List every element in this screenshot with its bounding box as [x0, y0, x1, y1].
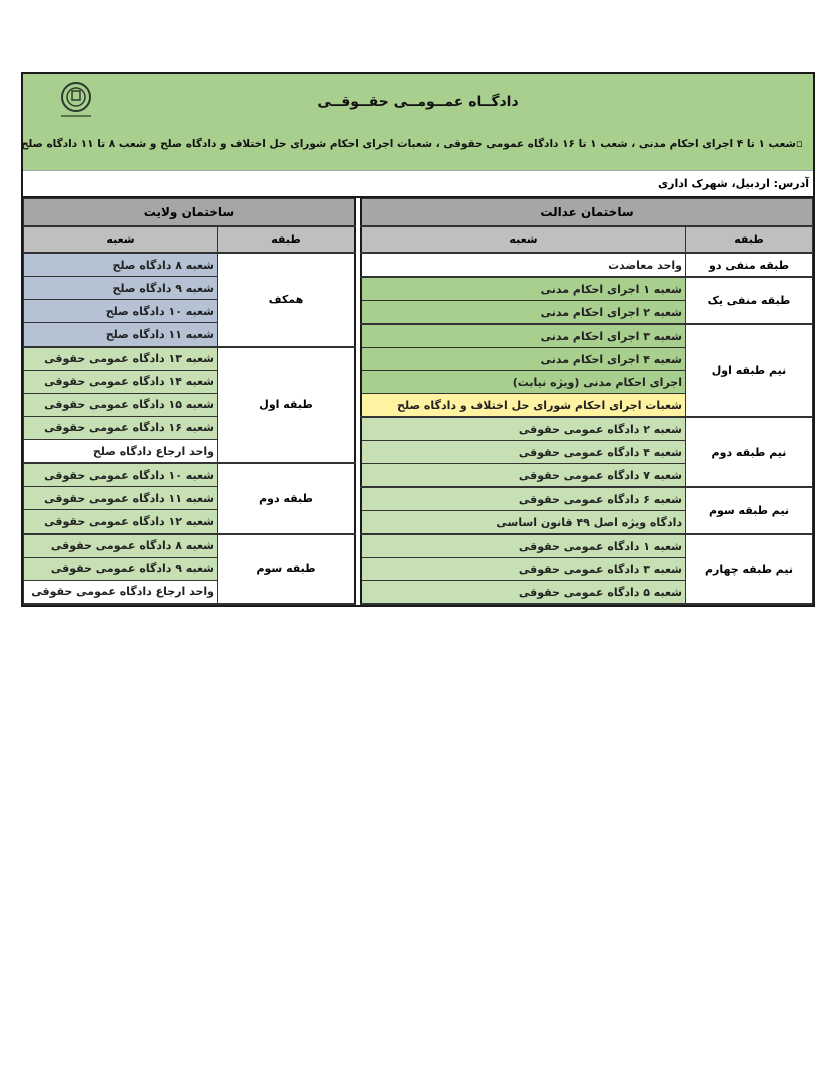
floor-cell: نیم طبقه سوم [686, 487, 813, 534]
branch-cell: شعبه ۲ اجرای احکام مدنی [361, 301, 686, 325]
floor-cell: همکف [218, 253, 356, 347]
court-directory-sheet: دادگــاه عمــومــی حقــوقــی ▫شعب ۱ تا ۴… [21, 72, 815, 607]
table-row: نیم طبقه اولشعبه ۳ اجرای احکام مدنی [361, 324, 813, 348]
branch-cell: واحد ارجاع دادگاه صلح [24, 440, 218, 464]
branch-cell: شعبه ۱۶ دادگاه عمومی حقوقی [24, 416, 218, 439]
table-row: همکفشعبه ۸ دادگاه صلح [24, 253, 356, 277]
page-subtitle: ▫شعب ۱ تا ۴ اجرای احکام مدنی ، شعب ۱ تا … [21, 138, 803, 150]
floor-cell: طبقه سوم [218, 534, 356, 605]
header-banner: دادگــاه عمــومــی حقــوقــی ▫شعب ۱ تا ۴… [23, 74, 813, 171]
branch-cell: شعبه ۱۲ دادگاه عمومی حقوقی [24, 510, 218, 534]
branch-cell: شعبه ۲ دادگاه عمومی حقوقی [361, 417, 686, 441]
floor-cell: طبقه منفی یک [686, 277, 813, 324]
column-header-floor: طبقه [686, 226, 813, 253]
building-tables: ساختمان عدالت طبقه شعبه طبقه منفی دوواحد… [23, 198, 813, 605]
column-header-branch: شعبه [361, 226, 686, 253]
page-title: دادگــاه عمــومــی حقــوقــی [23, 94, 813, 110]
branch-cell: شعبه ۱۱ دادگاه عمومی حقوقی [24, 487, 218, 510]
branch-cell: شعبه ۹ دادگاه عمومی حقوقی [24, 557, 218, 580]
branch-cell: شعبه ۱۰ دادگاه عمومی حقوقی [24, 463, 218, 487]
table-row: نیم طبقه چهارمشعبه ۱ دادگاه عمومی حقوقی [361, 534, 813, 558]
branch-cell: شعبه ۸ دادگاه عمومی حقوقی [24, 534, 218, 558]
floor-cell: نیم طبقه اول [686, 324, 813, 417]
branch-cell: شعبات اجرای احکام شورای حل اختلاف و دادگ… [361, 394, 686, 418]
table-row: طبقه اولشعبه ۱۳ دادگاه عمومی حقوقی [24, 347, 356, 371]
building-title: ساختمان عدالت [361, 199, 813, 227]
branch-cell: شعبه ۱۱ دادگاه صلح [24, 323, 218, 347]
branch-cell: شعبه ۳ اجرای احکام مدنی [361, 324, 686, 348]
table-row: نیم طبقه دومشعبه ۲ دادگاه عمومی حقوقی [361, 417, 813, 441]
building-title: ساختمان ولایت [24, 199, 356, 227]
branch-cell: شعبه ۳ دادگاه عمومی حقوقی [361, 558, 686, 581]
branch-cell: شعبه ۷ دادگاه عمومی حقوقی [361, 464, 686, 488]
table-row: طبقه منفی یکشعبه ۱ اجرای احکام مدنی [361, 277, 813, 301]
floor-cell: طبقه اول [218, 347, 356, 464]
branch-cell: شعبه ۱ دادگاه عمومی حقوقی [361, 534, 686, 558]
branch-cell: شعبه ۱ اجرای احکام مدنی [361, 277, 686, 301]
branch-cell: واحد ارجاع دادگاه عمومی حقوقی [24, 580, 218, 604]
floor-cell: نیم طبقه دوم [686, 417, 813, 487]
branch-cell: شعبه ۶ دادگاه عمومی حقوقی [361, 487, 686, 511]
branch-cell: شعبه ۱۳ دادگاه عمومی حقوقی [24, 347, 218, 371]
branch-cell: شعبه ۱۴ دادگاه عمومی حقوقی [24, 370, 218, 393]
branch-cell: شعبه ۹ دادگاه صلح [24, 277, 218, 300]
branch-cell: شعبه ۸ دادگاه صلح [24, 253, 218, 277]
column-header-branch: شعبه [24, 226, 218, 253]
branch-cell: شعبه ۴ دادگاه عمومی حقوقی [361, 441, 686, 464]
floor-cell: طبقه منفی دو [686, 253, 813, 277]
branch-cell: شعبه ۴ اجرای احکام مدنی [361, 348, 686, 371]
table-edalat-building: ساختمان عدالت طبقه شعبه طبقه منفی دوواحد… [360, 198, 813, 605]
table-row: نیم طبقه سومشعبه ۶ دادگاه عمومی حقوقی [361, 487, 813, 511]
branch-cell: اجرای احکام مدنی (ویژه نیابت) [361, 371, 686, 394]
table-body: طبقه منفی دوواحد معاضدتطبقه منفی یکشعبه … [361, 253, 813, 604]
branch-cell: شعبه ۱۰ دادگاه صلح [24, 300, 218, 323]
address-line: آدرس: اردبیل، شهرک اداری [23, 171, 813, 198]
floor-cell: نیم طبقه چهارم [686, 534, 813, 604]
table-body: همکفشعبه ۸ دادگاه صلحشعبه ۹ دادگاه صلحشع… [24, 253, 356, 604]
branch-cell: شعبه ۱۵ دادگاه عمومی حقوقی [24, 393, 218, 416]
column-header-floor: طبقه [218, 226, 356, 253]
floor-cell: طبقه دوم [218, 463, 356, 533]
table-row: طبقه سومشعبه ۸ دادگاه عمومی حقوقی [24, 534, 356, 558]
table-row: طبقه منفی دوواحد معاضدت [361, 253, 813, 277]
branch-cell: دادگاه ویژه اصل ۴۹ قانون اساسی [361, 511, 686, 535]
branch-cell: واحد معاضدت [361, 253, 686, 277]
table-velayat-building: ساختمان ولایت طبقه شعبه همکفشعبه ۸ دادگا… [23, 198, 356, 605]
branch-cell: شعبه ۵ دادگاه عمومی حقوقی [361, 581, 686, 605]
table-row: طبقه دومشعبه ۱۰ دادگاه عمومی حقوقی [24, 463, 356, 487]
